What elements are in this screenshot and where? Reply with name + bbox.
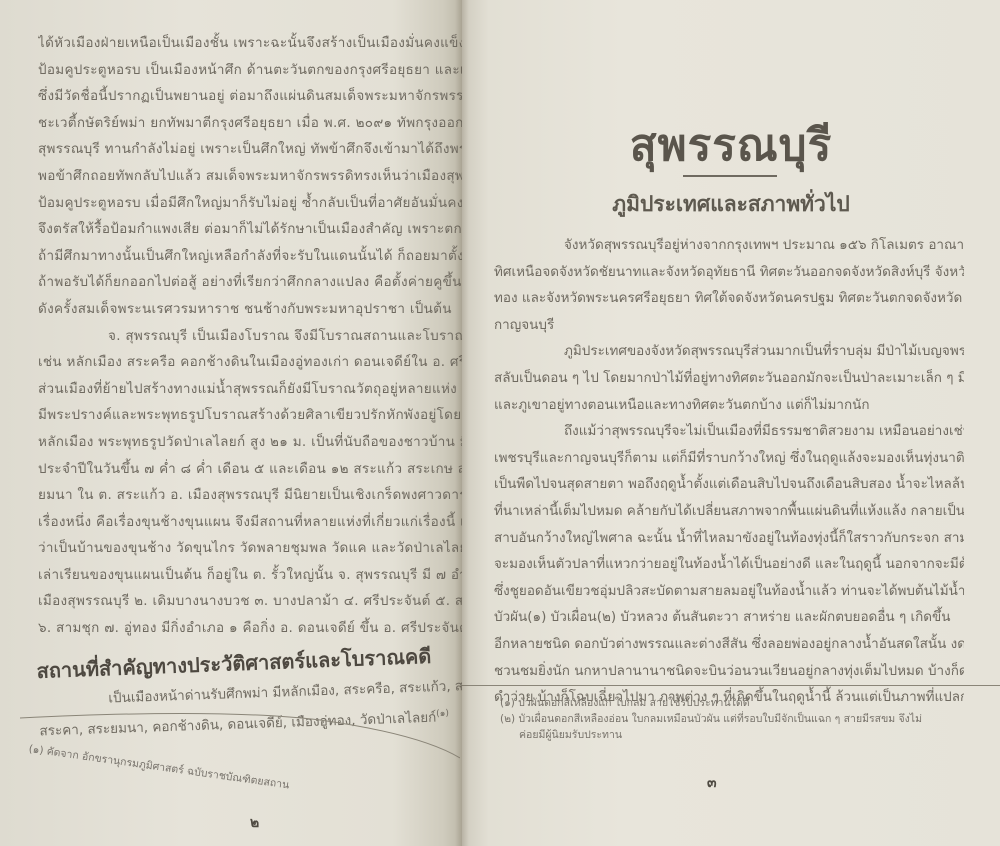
- text-line: กาญจนบุรี: [494, 312, 964, 339]
- text-line: ถ้าพอรับได้ก็ยกออกไปต่อสู้ อย่างที่เรียก…: [38, 269, 462, 296]
- text-line: สาบอันกว้างใหญ่ไพศาล ฉะนั้น น้ำที่ไหลมาข…: [494, 525, 964, 552]
- page-number: ๓: [707, 772, 717, 794]
- text-line: ซึ่งมีวัดชื่อนี้ปรากฏเป็นพยานอยู่ ต่อมาถ…: [38, 83, 462, 110]
- section-subtitle: ภูมิประเทศและสภาพทั่วไป: [462, 188, 1000, 221]
- text-line: เช่น หลักเมือง สระครือ คอกช้างดินในเมือง…: [38, 349, 462, 376]
- text-line: ป้อมคูประตูหอรบ เป็นเมืองหน้าศึก ด้านตะว…: [38, 57, 462, 84]
- text-line: ว่าเป็นบ้านของขุนช้าง วัดขุนไกร วัดพลายช…: [38, 535, 462, 562]
- text-line: สลับเป็นดอน ๆ ไป โดยมากป่าไม้ที่อยู่ทางท…: [494, 365, 964, 392]
- text-line: จ. สุพรรณบุรี เป็นเมืองโบราณ จึงมีโบราณส…: [38, 323, 462, 350]
- text-line: เป็นพืดไปจนสุดสายตา พอถึงฤดูน้ำตั้งแต่เด…: [494, 471, 964, 498]
- text-line: ถ้ามีศึกมาทางนั้นเป็นศึกใหญ่เหลือกำลังที…: [38, 243, 462, 270]
- text-line: มีพระปรางค์และพระพุทธรูปโบราณสร้างด้วยศิ…: [38, 402, 462, 429]
- right-page: สุพรรณบุรี ภูมิประเทศและสภาพทั่วไป จังหว…: [462, 0, 1000, 846]
- text-line: ถึงแม้ว่าสุพรรณบุรีจะไม่เป็นเมืองที่มีธร…: [494, 418, 964, 445]
- book-gutter: [455, 0, 469, 846]
- book-spread: ได้หัวเมืองฝ่ายเหนือเป็นเมืองชั้น เพราะฉ…: [0, 0, 1000, 846]
- text-line: พอข้าศึกถอยทัพกลับไปแล้ว สมเด็จพระมหาจัก…: [38, 163, 462, 190]
- footnote: (๒) บัวเผื่อนดอกสีเหลืองอ่อน ใบกลมเหมือน…: [500, 711, 922, 727]
- footnotes: (๑) บัวผันดอกสีเหลืองแก่ ใบกลม สายใช้รับ…: [500, 695, 922, 743]
- text-line: ประจำปีในวันขึ้น ๗ ค่ำ ๘ ค่ำ เดือน ๕ และ…: [38, 456, 462, 483]
- text-line: เพชรบุรีและกาญจนบุรีก็ตาม แต่ก็มีที่ราบก…: [494, 445, 964, 472]
- text-line: เล่าเรียนของขุนแผนเป็นต้น ก็อยู่ใน ต. รั…: [38, 562, 462, 589]
- text-line: ชะเวตี้กษัตริย์พม่า ยกทัพมาตีกรุงศรีอยุธ…: [38, 110, 462, 137]
- text-line: ๖. สามชุก ๗. อู่ทอง มีกิ่งอำเภอ ๑ คือกิ่…: [38, 615, 462, 642]
- chapter-title: สุพรรณบุรี: [462, 110, 1000, 180]
- text-line: ทิศเหนือจดจังหวัดชัยนาทและจังหวัดอุทัยธา…: [494, 259, 964, 286]
- text-line: ชวนชมยิ่งนัก นกหาปลานานาชนิดจะบินว่อนวนเ…: [494, 658, 964, 685]
- left-page-body: ได้หัวเมืองฝ่ายเหนือเป็นเมืองชั้น เพราะฉ…: [38, 30, 462, 642]
- text-line: ยมนา ใน ต. สระแก้ว อ. เมืองสุพรรณบุรี มี…: [38, 482, 462, 509]
- text-line: ซึ่งชูยอดอันเขียวชอุ่มปลิวสะบัดตามสายลมอ…: [494, 578, 964, 605]
- text-line: สุพรรณบุรี ทานกำลังไม่อยู่ เพราะเป็นศึกใ…: [38, 136, 462, 163]
- text-line: จะมองเห็นตัวปลาที่แหวกว่ายอยู่ในท้องน้ำไ…: [494, 551, 964, 578]
- footnote: ค่อยมีผู้นิยมรับประทาน: [500, 727, 922, 743]
- text-line: ดังครั้งสมเด็จพระนเรศวรมหาราช ชนช้างกับพ…: [38, 296, 462, 323]
- text-line: เมืองสุพรรณบุรี ๒. เดิมบางนางบวช ๓. บางป…: [38, 588, 462, 615]
- text-line: ภูมิประเทศของจังหวัดสุพรรณบุรีส่วนมากเป็…: [494, 338, 964, 365]
- page-number: ๒: [250, 812, 259, 834]
- footnote: (๑) บัวผันดอกสีเหลืองแก่ ใบกลม สายใช้รับ…: [500, 695, 922, 711]
- text-line: จึงตรัสให้รื้อป้อมกำแพงเสีย ต่อมาก็ไม่ได…: [38, 216, 462, 243]
- text-line: เรื่องหนึ่ง คือเรื่องขุนช้างขุนแผน จึงมี…: [38, 509, 462, 536]
- text-line: ที่นาเหล่านี้เต็มไปหมด คล้ายกับได้เปลี่ย…: [494, 498, 964, 525]
- text-line: บัวผัน(๑) บัวเผื่อน(๒) บัวหลวง ต้นสันตะว…: [494, 604, 964, 631]
- footnote-divider: [462, 685, 1000, 686]
- text-line: หลักเมือง พระพุทธรูปวัดป่าเลไลยก์ สูง ๒๑…: [38, 429, 462, 456]
- left-page: ได้หัวเมืองฝ่ายเหนือเป็นเมืองชั้น เพราะฉ…: [0, 0, 462, 846]
- text-line: อีกหลายชนิด ดอกบัวต่างพรรณและต่างสีสัน ซ…: [494, 631, 964, 658]
- text-line: และภูเขาอยู่ทางตอนเหนือและทางทิศตะวันตกบ…: [494, 392, 964, 419]
- text-line: ป้อมคูประตูหอรบ เมื่อมีศึกใหญ่มาก็รับไม่…: [38, 190, 462, 217]
- right-page-body: จังหวัดสุพรรณบุรีอยู่ห่างจากกรุงเทพฯ ประ…: [494, 232, 964, 711]
- text-line: ได้หัวเมืองฝ่ายเหนือเป็นเมืองชั้น เพราะฉ…: [38, 30, 462, 57]
- title-divider: [683, 175, 777, 177]
- text-line: ส่วนเมืองที่ย้ายไปสร้างทางแม่น้ำสุพรรณก็…: [38, 376, 462, 403]
- text-line: ทอง และจังหวัดพระนครศรีอยุธยา ทิศใต้จดจั…: [494, 285, 964, 312]
- text-line: จังหวัดสุพรรณบุรีอยู่ห่างจากกรุงเทพฯ ประ…: [494, 232, 964, 259]
